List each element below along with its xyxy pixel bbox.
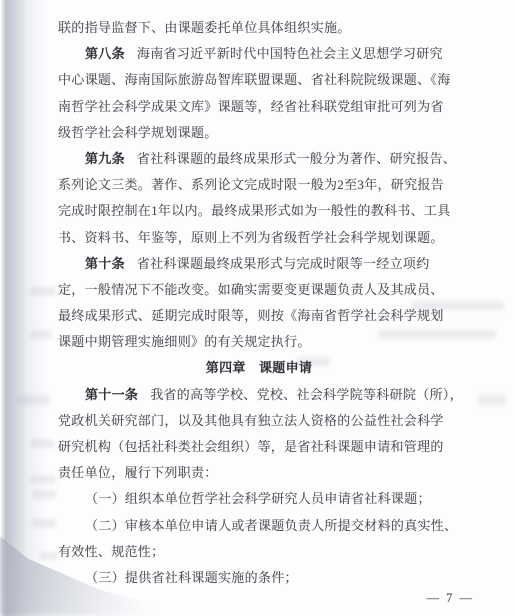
text-line: 责任单位，履行下列职责： — [58, 460, 460, 486]
bleedthrough-mark — [16, 395, 50, 405]
line-text: 责任单位，履行下列职责： — [58, 465, 218, 480]
line-text: 联的指导监督下、由课题委托单位具体组织实施。 — [58, 20, 351, 35]
line-text: 书、资料书、年鉴等，原则上不列为省级哲学社会科学规划课题。 — [58, 230, 444, 245]
bleedthrough-mark — [30, 439, 54, 448]
text-line: 系列论文三类。著作、系列论文完成时限一般为2至3年，研究报告 — [58, 172, 460, 198]
line-text: 党政机关研究部门，以及其他具有独立法人资格的公益性社会科学 — [58, 413, 444, 428]
scan-shadow-left — [0, 0, 50, 616]
text-line: 第十条省社科课题最终成果形式与完成时限等一经立项约 — [58, 251, 460, 277]
scanned-document-page: 联的指导监督下、由课题委托单位具体组织实施。 第八条海南省习近平新时代中国特色社… — [0, 0, 514, 616]
chapter-heading: 第四章 课题申请 — [58, 355, 460, 381]
text-line: （一）组织本单位哲学社会科学研究人员申请省社科课题； — [58, 486, 460, 512]
bleedthrough-mark — [30, 330, 52, 339]
bleedthrough-mark — [32, 519, 56, 528]
line-text: 系列论文三类。著作、系列论文完成时限一般为2至3年，研究报告 — [58, 177, 444, 192]
article-label: 第八条 — [85, 46, 125, 61]
text-line: 课题中期管理实施细则》的有关规定执行。 — [58, 329, 460, 355]
bleedthrough-mark — [30, 287, 56, 296]
line-text: 研究机构（包括社科类社会组织）等，是省社科课题申请和管理的 — [58, 439, 444, 454]
text-line: （二）审核本单位申请人或者课题负责人所提交材料的真实性、 — [58, 513, 460, 539]
line-text: 海南省习近平新时代中国特色社会主义思想学习研究 — [137, 46, 443, 61]
line-text: 省社科课题最终成果形式与完成时限等一经立项约 — [137, 256, 430, 271]
text-line: 第八条海南省习近平新时代中国特色社会主义思想学习研究 — [58, 41, 460, 67]
text-line: 研究机构（包括社科类社会组织）等，是省社科课题申请和管理的 — [58, 434, 460, 460]
text-line: 第九条省社科课题的最终成果形式一般分为著作、研究报告、 — [58, 146, 460, 172]
line-text: （一）组织本单位哲学社会科学研究人员申请省社科课题； — [85, 491, 431, 506]
text-line: 中心课题、海南国际旅游岛智库联盟课题、省社科院院级课题、《海 — [58, 67, 460, 93]
article-label: 第十条 — [85, 256, 125, 271]
line-text: （二）审核本单位申请人或者课题负责人所提交材料的真实性、 — [85, 518, 457, 533]
text-line: 党政机关研究部门，以及其他具有独立法人资格的公益性社会科学 — [58, 408, 460, 434]
text-line: 第十一条我省的高等学校、党校、社会科学院等科研院（所）， — [58, 382, 460, 408]
line-text: 我省的高等学校、党校、社会科学院等科研院（所）， — [150, 387, 463, 402]
line-text: 课题中期管理实施细则》的有关规定执行。 — [58, 334, 311, 349]
text-line: 联的指导监督下、由课题委托单位具体组织实施。 — [58, 15, 460, 41]
document-body: 联的指导监督下、由课题委托单位具体组织实施。 第八条海南省习近平新时代中国特色社… — [58, 15, 460, 591]
line-text: 最终成果形式、延期完成时限等，则按《海南省哲学社会科学规划 — [58, 308, 444, 323]
article-label: 第十一条 — [85, 387, 138, 402]
text-line: 书、资料书、年鉴等，原则上不列为省级哲学社会科学规划课题。 — [58, 225, 460, 251]
bleedthrough-mark — [40, 552, 58, 560]
line-text: 南哲学社会科学成果文库》课题等，经省社科联党组审批可列为省 — [58, 99, 444, 114]
chapter-heading-text: 第四章 课题申请 — [206, 360, 312, 375]
bleedthrough-mark — [32, 490, 56, 499]
text-line: 级哲学社会科学规划课题。 — [58, 120, 460, 146]
bleedthrough-mark — [478, 395, 506, 405]
text-line: 南哲学社会科学成果文库》课题等，经省社科联党组审批可列为省 — [58, 94, 460, 120]
text-line: 最终成果形式、延期完成时限等，则按《海南省哲学社会科学规划 — [58, 303, 460, 329]
line-text: 定，一般情况下不能改变。如确实需要变更课题负责人及其成员、 — [58, 282, 444, 297]
text-line: （三）提供省社科课题实施的条件； — [58, 565, 460, 591]
line-text: 完成时限控制在1年以内。最终成果形式如为一般性的教科书、工具 — [58, 203, 451, 218]
bleedthrough-mark — [30, 475, 56, 484]
text-line: 定，一般情况下不能改变。如确实需要变更课题负责人及其成员、 — [58, 277, 460, 303]
text-line: 完成时限控制在1年以内。最终成果形式如为一般性的教科书、工具 — [58, 198, 460, 224]
line-text: （三）提供省社科课题实施的条件； — [85, 570, 298, 585]
text-line: 有效性、规范性； — [58, 539, 460, 565]
line-text: 省社科课题的最终成果形式一般分为著作、研究报告、 — [137, 151, 456, 166]
line-text: 级哲学社会科学规划课题。 — [58, 125, 218, 140]
page-number: — 7 — — [427, 591, 475, 606]
article-label: 第九条 — [85, 151, 125, 166]
line-text: 中心课题、海南国际旅游岛智库联盟课题、省社科院院级课题、《海 — [58, 72, 451, 87]
line-text: 有效性、规范性； — [58, 544, 164, 559]
